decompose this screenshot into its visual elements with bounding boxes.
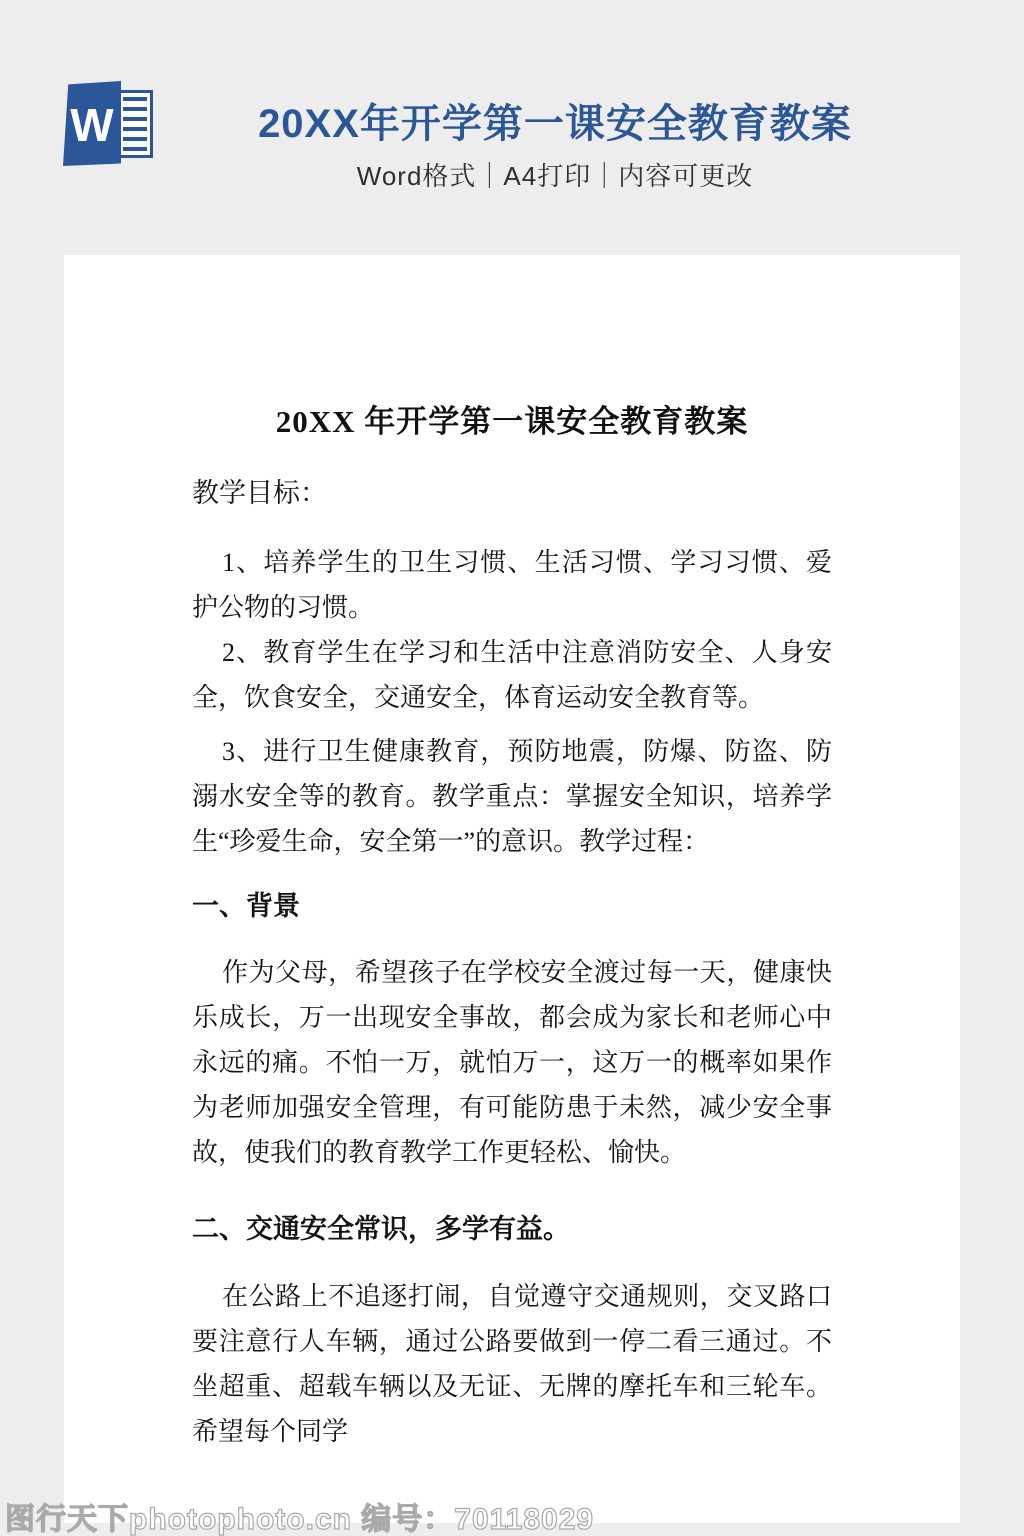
goal-item-3: 3、进行卫生健康教育，预防地震，防爆、防盗、防溺水安全等的教育。教学重点：掌握安… (192, 729, 832, 864)
site-watermark: 图行天下photophoto.cn 编号：70118029 (5, 1494, 594, 1536)
section-heading-2: 二、交通安全常识，多学有益。 (192, 1207, 832, 1252)
goal-item-1: 1、培养学生的卫生习惯、生活习惯、学习习惯、爱护公物的习惯。 (192, 540, 832, 630)
template-title: 20XX年开学第一课安全教育教案 (86, 92, 1024, 149)
document-title: 20XX 年开学第一课安全教育教案 (64, 396, 960, 441)
template-subtitle: Word格式｜A4打印｜内容可更改 (86, 156, 1024, 193)
section-heading-1: 一、背景 (192, 884, 832, 929)
document-page: 20XX 年开学第一课安全教育教案 教学目标： 1、培养学生的卫生习惯、生活习惯… (64, 255, 960, 1523)
section-1-paragraph: 作为父母，希望孩子在学校安全渡过每一天，健康快乐成长，万一出现安全事故，都会成为… (192, 950, 832, 1175)
preview-header: W 20XX年开学第一课安全教育教案 Word格式｜A4打印｜内容可更改 (0, 0, 1024, 255)
section-2-paragraph: 在公路上不追逐打闹，自觉遵守交通规则，交叉路口要注意行人车辆，通过公路要做到一停… (192, 1274, 832, 1454)
goal-item-2: 2、教育学生在学习和生活中注意消防安全、人身安全，饮食安全，交通安全，体育运动安… (192, 630, 832, 720)
teaching-goal-label: 教学目标： (192, 471, 832, 516)
